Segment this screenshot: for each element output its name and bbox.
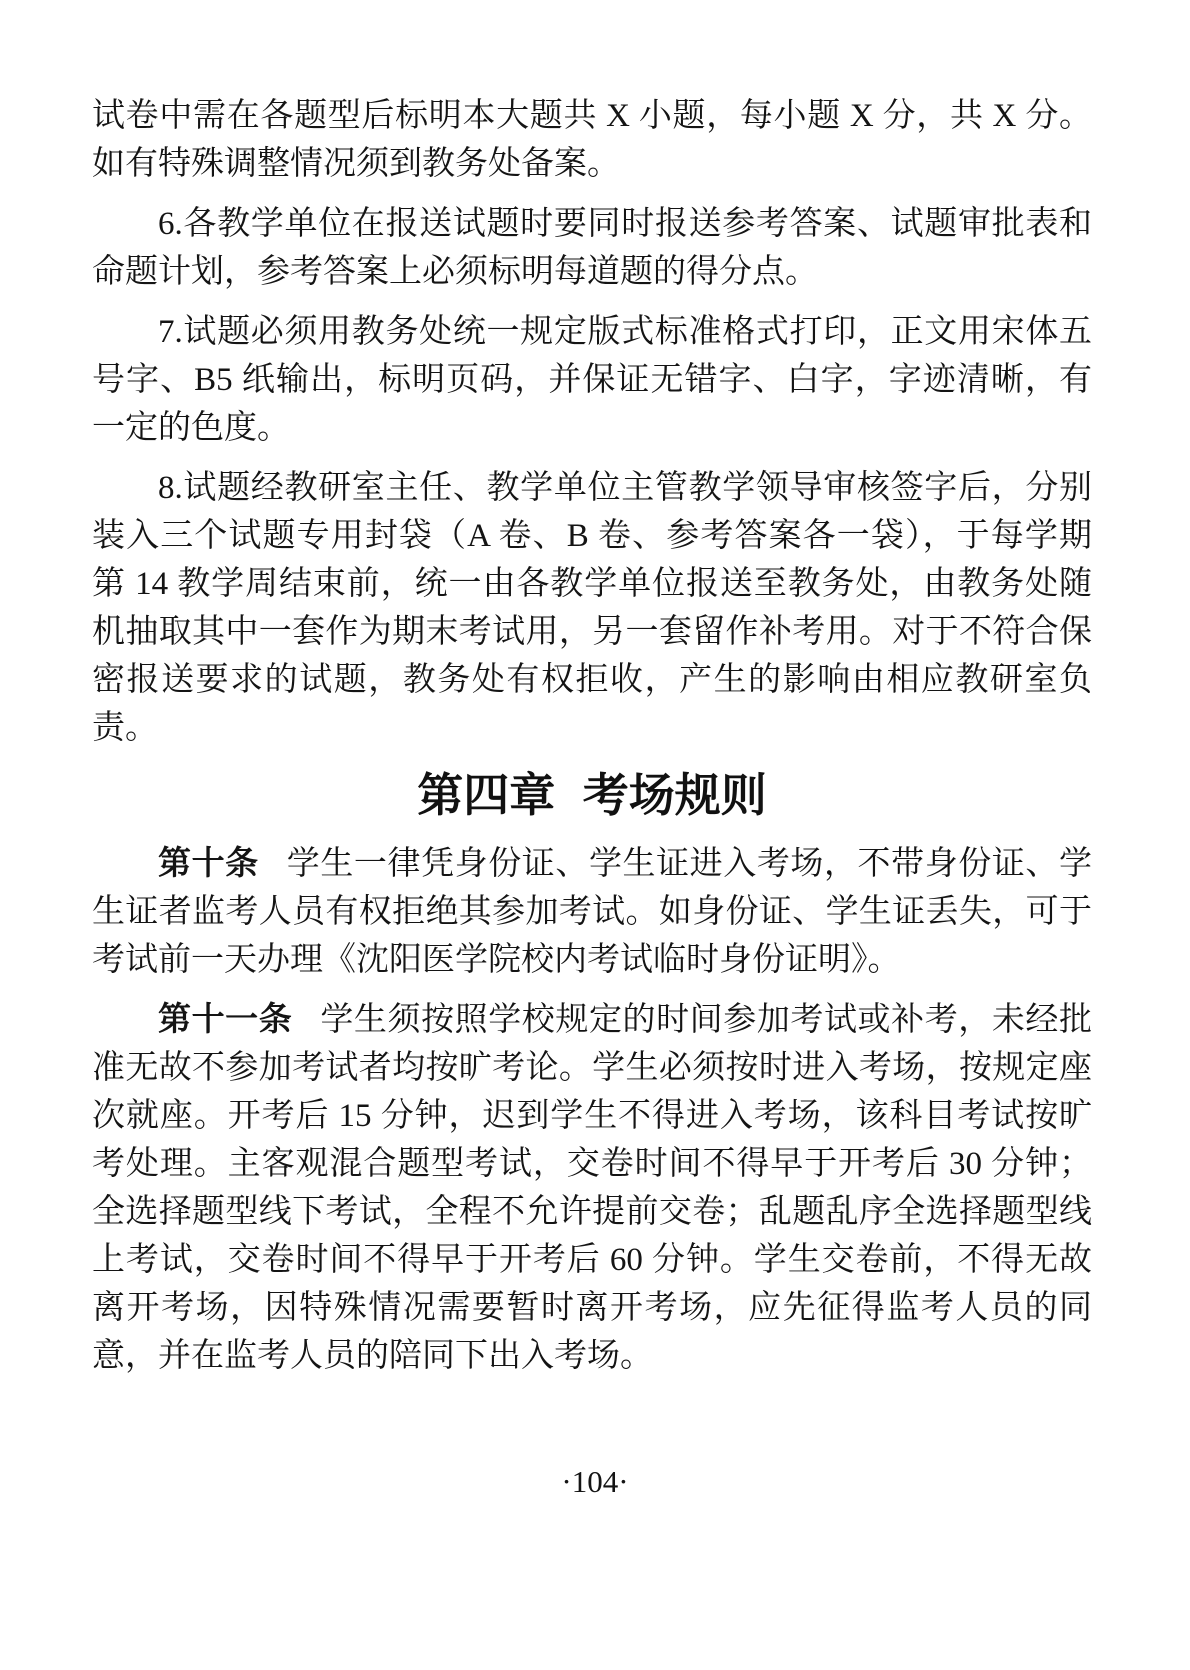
article-10-label: 第十条 <box>158 846 259 882</box>
document-body: 试卷中需在各题型后标明本大题共 X 小题，每小题 X 分，共 X 分。如有特殊调… <box>92 92 1092 1380</box>
paragraph-article-10: 第十条学生一律凭身份证、学生证进入考场，不带身份证、学生证者监考人员有权拒绝其参… <box>92 840 1092 984</box>
paragraph-item-7: 7.试题必须用教务处统一规定版式标准格式打印，正文用宋体五号字、B5 纸输出，标… <box>92 308 1092 452</box>
document-page: 试卷中需在各题型后标明本大题共 X 小题，每小题 X 分，共 X 分。如有特殊调… <box>0 0 1190 1670</box>
paragraph-item-8: 8.试题经教研室主任、教学单位主管教学领导审核签字后，分别装入三个试题专用封袋（… <box>92 464 1092 752</box>
paragraph-continuation: 试卷中需在各题型后标明本大题共 X 小题，每小题 X 分，共 X 分。如有特殊调… <box>92 92 1092 188</box>
page-number: ·104· <box>0 1462 1190 1502</box>
article-11-label: 第十一条 <box>158 1002 292 1038</box>
paragraph-article-11: 第十一条学生须按照学校规定的时间参加考试或补考，未经批准无故不参加考试者均按旷考… <box>92 996 1092 1380</box>
paragraph-item-6: 6.各教学单位在报送试题时要同时报送参考答案、试题审批表和命题计划，参考答案上必… <box>92 200 1092 296</box>
article-11-text: 学生须按照学校规定的时间参加考试或补考，未经批准无故不参加考试者均按旷考论。学生… <box>92 1002 1092 1374</box>
chapter-heading: 第四章 考场规则 <box>92 766 1092 826</box>
